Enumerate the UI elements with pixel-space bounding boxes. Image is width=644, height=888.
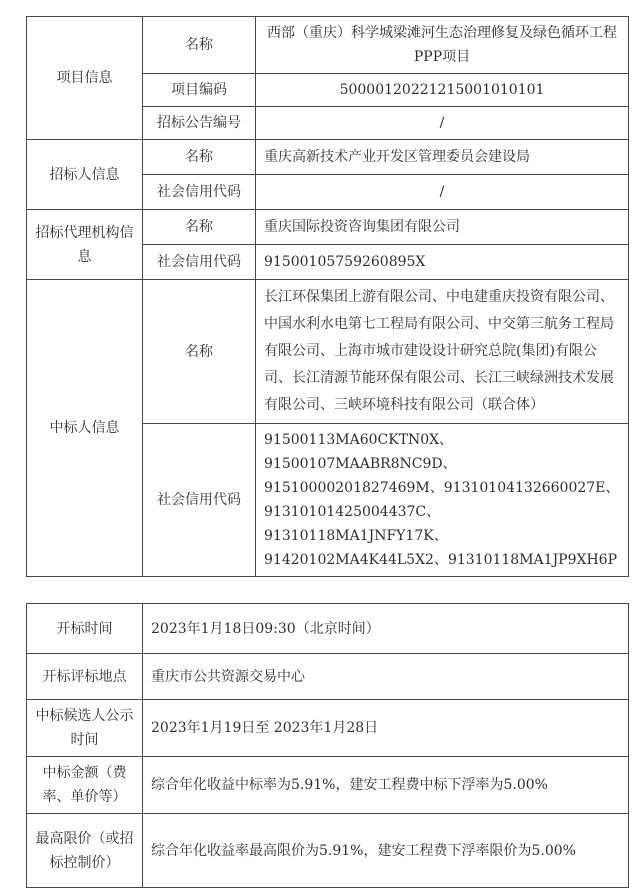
value-announcement-number: / bbox=[256, 107, 629, 140]
label-winning-amount: 中标金额（费率、单价等） bbox=[27, 757, 143, 814]
group-label-tenderer-info: 招标人信息 bbox=[27, 140, 143, 210]
value-opening-time: 2023年1月18日09:30（北京时间） bbox=[143, 604, 629, 654]
group-label-agency-info: 招标代理机构信息 bbox=[27, 210, 143, 280]
table-row: 中标候选人公示时间 2023年1月19日至 2023年1月28日 bbox=[27, 700, 629, 757]
table-row: 中标人信息 名称 长江环保集团上游有限公司、中电建重庆投资有限公司、中国水利水电… bbox=[27, 280, 629, 424]
value-tenderer-credit-code: / bbox=[256, 175, 629, 210]
table-row: 开标评标地点 重庆市公共资源交易中心 bbox=[27, 654, 629, 700]
table-row: 招标代理机构信息 名称 重庆国际投资咨询集团有限公司 bbox=[27, 210, 629, 245]
value-agency-credit-code: 91500105759260895X bbox=[256, 245, 629, 280]
value-winner-names: 长江环保集团上游有限公司、中电建重庆投资有限公司、中国水利水电第七工程局有限公司… bbox=[256, 280, 629, 424]
value-project-name: 西部（重庆）科学城梁滩河生态治理修复及绿色循环工程PPP项目 bbox=[256, 17, 629, 74]
value-tenderer-name: 重庆高新技术产业开发区管理委员会建设局 bbox=[256, 140, 629, 175]
table-row: 中标金额（费率、单价等） 综合年化收益中标率为5.91%，建安工程费中标下浮率为… bbox=[27, 757, 629, 814]
bid-result-document: 项目信息 名称 西部（重庆）科学城梁滩河生态治理修复及绿色循环工程PPP项目 项… bbox=[0, 0, 644, 888]
group-label-winner-info: 中标人信息 bbox=[27, 280, 143, 577]
table-row: 开标时间 2023年1月18日09:30（北京时间） bbox=[27, 604, 629, 654]
field-project-code: 项目编码 bbox=[143, 74, 256, 107]
field-tenderer-name: 名称 bbox=[143, 140, 256, 175]
table-row: 项目信息 名称 西部（重庆）科学城梁滩河生态治理修复及绿色循环工程PPP项目 bbox=[27, 17, 629, 74]
value-winning-amount: 综合年化收益中标率为5.91%，建安工程费中标下浮率为5.00% bbox=[143, 757, 629, 814]
field-winner-credit-codes: 社会信用代码 bbox=[143, 424, 256, 577]
value-winner-credit-codes: 91500113MA60CKTN0X、91500107MAABR8NC9D、91… bbox=[256, 424, 629, 577]
field-agency-name: 名称 bbox=[143, 210, 256, 245]
project-info-table: 项目信息 名称 西部（重庆）科学城梁滩河生态治理修复及绿色循环工程PPP项目 项… bbox=[26, 16, 629, 577]
field-winner-name: 名称 bbox=[143, 280, 256, 424]
field-tenderer-credit-code: 社会信用代码 bbox=[143, 175, 256, 210]
group-label-project-info: 项目信息 bbox=[27, 17, 143, 140]
label-candidate-publicity-period: 中标候选人公示时间 bbox=[27, 700, 143, 757]
field-announcement-number: 招标公告编号 bbox=[143, 107, 256, 140]
bid-opening-table: 开标时间 2023年1月18日09:30（北京时间） 开标评标地点 重庆市公共资… bbox=[26, 603, 629, 888]
table-row: 招标人信息 名称 重庆高新技术产业开发区管理委员会建设局 bbox=[27, 140, 629, 175]
field-project-name: 名称 bbox=[143, 17, 256, 74]
label-opening-time: 开标时间 bbox=[27, 604, 143, 654]
value-opening-place: 重庆市公共资源交易中心 bbox=[143, 654, 629, 700]
label-opening-place: 开标评标地点 bbox=[27, 654, 143, 700]
value-agency-name: 重庆国际投资咨询集团有限公司 bbox=[256, 210, 629, 245]
table-row: 最高限价（或招标控制价） 综合年化收益率最高限价为5.91%，建安工程费下浮率限… bbox=[27, 814, 629, 888]
value-maximum-price: 综合年化收益率最高限价为5.91%，建安工程费下浮率限价为5.00% bbox=[143, 814, 629, 888]
value-project-code: 50000120221215001010101 bbox=[256, 74, 629, 107]
field-agency-credit-code: 社会信用代码 bbox=[143, 245, 256, 280]
value-candidate-publicity-period: 2023年1月19日至 2023年1月28日 bbox=[143, 700, 629, 757]
label-maximum-price: 最高限价（或招标控制价） bbox=[27, 814, 143, 888]
